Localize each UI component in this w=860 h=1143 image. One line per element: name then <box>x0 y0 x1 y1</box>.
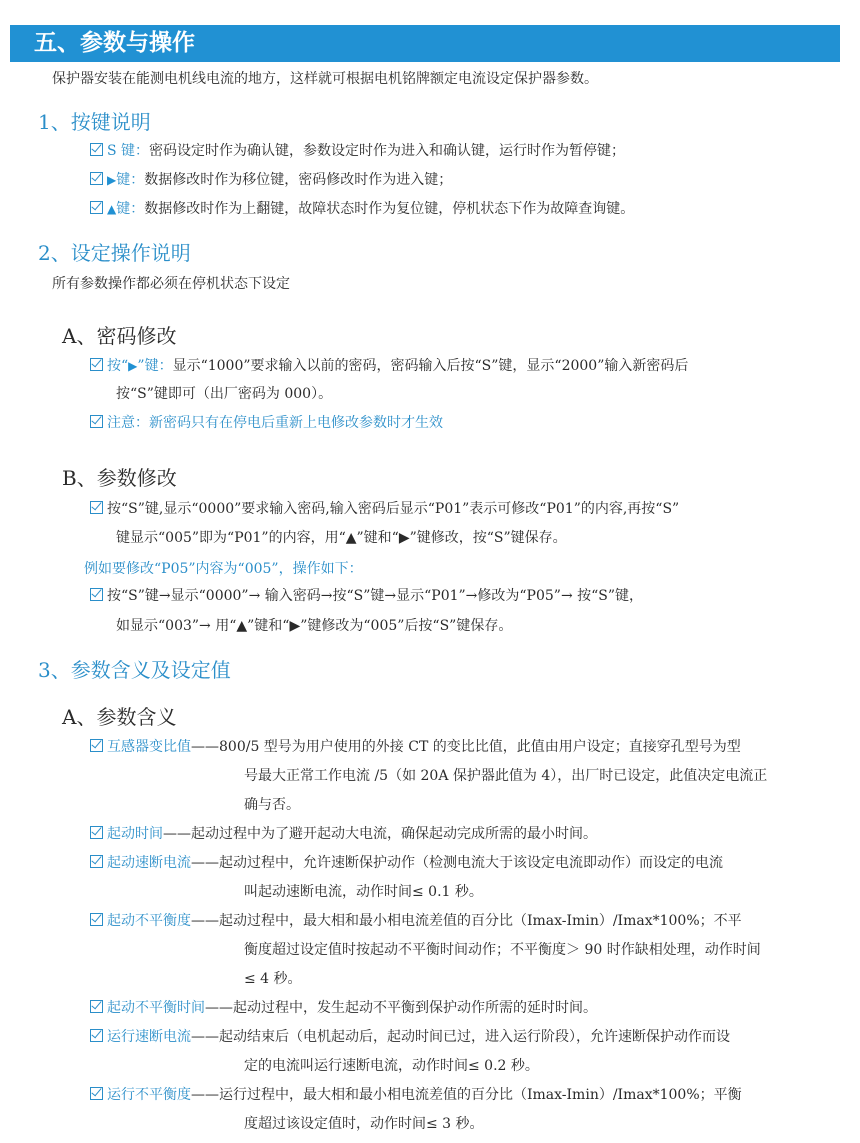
dash: —— <box>205 1000 233 1016</box>
key-suffix: ”键： <box>137 358 172 374</box>
param-ct-ratio: 互感器变比值——800/5 型号为用户使用的外接 CT 的变比比值，此值由用户设… <box>90 732 741 762</box>
param-desc: 起动过程中，发生起动不平衡到保护动作所需的延时时间。 <box>233 1000 597 1016</box>
param-modify-line1: 按“S”键,显示“0000”要求输入密码,输入密码后显示“P01”表示可修改“P… <box>107 501 679 517</box>
param-modify-line2: 键显示“005”即为“P01”的内容，用“▲”键和“▶”键修改，按“S”键保存。 <box>116 523 567 553</box>
key-item-s: S 键：密码设定时作为确认键，参数设定时作为进入和确认键，运行时作为暂停键； <box>90 136 625 166</box>
intro-text: 保护器安装在能测电机线电流的地方，这样就可根据电机铭牌额定电流设定保护器参数。 <box>52 68 598 88</box>
param-name: 互感器变比值 <box>107 739 191 755</box>
key-item-right: ▶键：数据修改时作为移位键，密码修改时作为进入键； <box>90 165 452 195</box>
example-line1: 按“S”键→显示“0000”→ 输入密码→按“S”键→显示“P01”→修改为“P… <box>107 588 643 604</box>
subsection-a-title: A、密码修改 <box>62 320 176 349</box>
param-start-instant-current: 起动速断电流——起动过程中，允许速断保护动作（检测电流大于该设定电流即动作）而设… <box>90 848 723 878</box>
param-name: 运行不平衡度 <box>107 1087 191 1103</box>
param-desc: 起动结束后（电机起动后，起动时间已过，进入运行阶段），允许速断保护动作而设 <box>219 1029 730 1045</box>
checkbox-icon <box>90 1029 103 1042</box>
right-triangle-icon: ▶ <box>107 173 116 187</box>
dash: —— <box>163 826 191 842</box>
checkbox-icon <box>90 826 103 839</box>
param-start-imbalance: 起动不平衡度——起动过程中，最大相和最小相电流差值的百分比（Imax-Imin）… <box>90 906 742 936</box>
param-start-imbalance-time: 起动不平衡时间——起动过程中，发生起动不平衡到保护动作所需的延时时间。 <box>90 993 597 1023</box>
checkbox-icon <box>90 588 103 601</box>
section2-note: 所有参数操作都必须在停机状态下设定 <box>52 273 290 293</box>
param-desc: 800/5 型号为用户使用的外接 CT 的变比比值，此值由用户设定；直接穿孔型号… <box>219 739 741 755</box>
checkbox-icon <box>90 1087 103 1100</box>
dash: —— <box>191 1087 219 1103</box>
param-desc: 叫起动速断电流，动作时间≤ 0.1 秒。 <box>244 877 483 907</box>
subsection-b-title: B、参数修改 <box>62 462 177 491</box>
checkbox-icon <box>90 172 103 185</box>
param-name: 运行速断电流 <box>107 1029 191 1045</box>
param-name: 起动不平衡度 <box>107 913 191 929</box>
password-note-text: 注意：新密码只有在停电后重新上电修改参数时才生效 <box>107 415 443 431</box>
key-desc: 数据修改时作为上翻键，故障状态时作为复位键，停机状态下作为故障查询键。 <box>144 201 634 217</box>
checkbox-icon <box>90 501 103 514</box>
checkbox-icon <box>90 739 103 752</box>
param-desc: 起动过程中，允许速断保护动作（检测电流大于该设定电流即动作）而设定的电流 <box>219 855 723 871</box>
key-prefix: 按“ <box>107 358 128 374</box>
key-label: 键： <box>116 172 144 188</box>
password-item-1: 按“▶”键：显示“1000”要求输入以前的密码，密码输入后按“S”键，显示“20… <box>90 351 688 381</box>
checkbox-icon <box>90 201 103 214</box>
param-name: 起动速断电流 <box>107 855 191 871</box>
param-start-time: 起动时间——起动过程中为了避开起动大电流，确保起动完成所需的最小时间。 <box>90 819 597 849</box>
param-run-instant-current: 运行速断电流——起动结束后（电机起动后，起动时间已过，进入运行阶段），允许速断保… <box>90 1022 730 1052</box>
param-desc: 定的电流叫运行速断电流，动作时间≤ 0.2 秒。 <box>244 1051 539 1081</box>
example-item: 按“S”键→显示“0000”→ 输入密码→按“S”键→显示“P01”→修改为“P… <box>90 581 643 611</box>
params-meaning-title: A、参数含义 <box>62 701 176 730</box>
key-label: S 键： <box>107 143 149 159</box>
checkbox-icon <box>90 143 103 156</box>
param-desc: 起动过程中为了避开起动大电流，确保起动完成所需的最小时间。 <box>191 826 597 842</box>
key-desc: 密码设定时作为确认键，参数设定时作为进入和确认键，运行时作为暂停键； <box>149 143 625 159</box>
section3-title: 3、参数含义及设定值 <box>38 654 231 683</box>
checkbox-icon <box>90 415 103 428</box>
param-name: 起动不平衡时间 <box>107 1000 205 1016</box>
checkbox-icon <box>90 1000 103 1013</box>
checkbox-icon <box>90 855 103 868</box>
param-run-imbalance: 运行不平衡度——运行过程中，最大相和最小相电流差值的百分比（Imax-Imin）… <box>90 1080 742 1110</box>
example-line2: 如显示“003”→ 用“▲”键和“▶”键修改为“005”后按“S”键保存。 <box>116 611 512 641</box>
dash: —— <box>191 1029 219 1045</box>
param-desc: 确与否。 <box>244 790 300 820</box>
dash: —— <box>191 739 219 755</box>
param-desc: 衡度超过设定值时按起动不平衡时间动作；不平衡度＞ 90 时作缺相处理，动作时间 <box>244 935 761 965</box>
key-desc: 数据修改时作为移位键，密码修改时作为进入键； <box>144 172 452 188</box>
param-desc: 度超过该设定值时，动作时间≤ 3 秒。 <box>244 1109 484 1139</box>
param-desc: 起动过程中，最大相和最小相电流差值的百分比（Imax-Imin）/Imax*10… <box>219 913 742 929</box>
example-title: 例如要修改“P05”内容为“005”，操作如下： <box>84 558 363 578</box>
key-label: 键： <box>116 201 144 217</box>
dash: —— <box>191 913 219 929</box>
param-desc: ≤ 4 秒。 <box>244 964 302 994</box>
checkbox-icon <box>90 913 103 926</box>
section-banner: 五、参数与操作 <box>10 25 840 62</box>
key-item-up: ▲键：数据修改时作为上翻键，故障状态时作为复位键，停机状态下作为故障查询键。 <box>90 194 634 224</box>
password-note: 注意：新密码只有在停电后重新上电修改参数时才生效 <box>90 408 443 438</box>
up-triangle-icon: ▲ <box>107 202 116 216</box>
password-desc-line1: 显示“1000”要求输入以前的密码，密码输入后按“S”键，显示“2000”输入新… <box>173 358 689 374</box>
param-desc: 运行过程中，最大相和最小相电流差值的百分比（Imax-Imin）/Imax*10… <box>219 1087 742 1103</box>
banner-title: 五、参数与操作 <box>34 28 195 58</box>
param-name: 起动时间 <box>107 826 163 842</box>
dash: —— <box>191 855 219 871</box>
password-desc-line2: 按“S”键即可（出厂密码为 000）。 <box>116 379 332 409</box>
param-modify-item: 按“S”键,显示“0000”要求输入密码,输入密码后显示“P01”表示可修改“P… <box>90 494 679 524</box>
checkbox-icon <box>90 358 103 371</box>
param-desc: 号最大正常工作电流 /5（如 20A 保护器此值为 4），出厂时已设定，此值决定… <box>244 761 767 791</box>
section2-title: 2、设定操作说明 <box>38 237 191 266</box>
section1-title: 1、按键说明 <box>38 106 151 135</box>
